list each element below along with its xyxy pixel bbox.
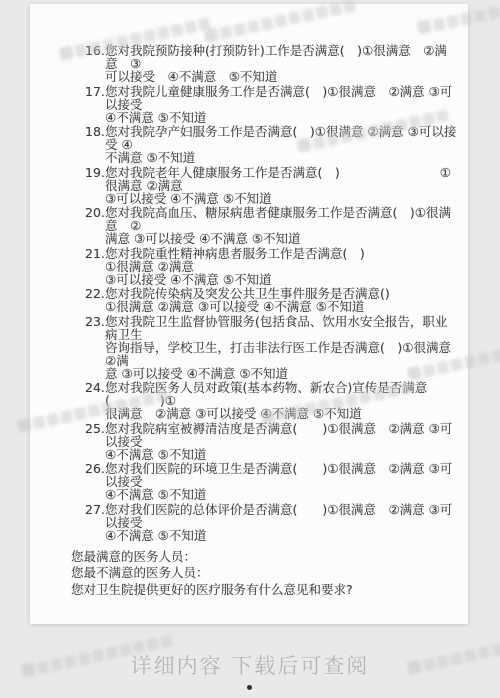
question-line: ④不满意 ⑤不知道 bbox=[105, 488, 458, 501]
question-line: 可以接受 ④不满意 ⑤不知道 bbox=[105, 70, 458, 83]
question-number: 18. bbox=[85, 125, 105, 164]
question-line: ④不满意 ⑤不知道 bbox=[105, 448, 458, 461]
question-number: 20. bbox=[85, 206, 105, 245]
question-line: 您对我院儿童健康服务工作是否满意( )①很满意 ②满意 ③可以接受 bbox=[105, 85, 458, 111]
question-line: 您对我院老年人健康服务工作是否满意( ) ①很满意 ②满意 bbox=[105, 166, 458, 192]
question-line: 咨询指导，学校卫生，打击非法行医工作是否满意( )①很满意 ②满 bbox=[105, 341, 458, 367]
question-number: 19. bbox=[85, 166, 105, 205]
question-line: ④不满意 ⑤不知道 bbox=[105, 529, 458, 542]
question-number: 25. bbox=[85, 422, 105, 461]
question-line: 很满意 ②满意 ③可以接受 ④不满意 ⑤不知道 bbox=[105, 407, 458, 420]
question-item: 19.您对我院老年人健康服务工作是否满意( ) ①很满意 ②满意③可以接受 ④不… bbox=[85, 166, 458, 205]
question-line: 您对我院孕产妇服务工作是否满意( )①很满意 ②满意 ③可以接受 ④ bbox=[105, 125, 458, 151]
question-item: 22.您对我院传染病及突发公共卫生事件服务是否满意()①很满意 ②满意 ③可以接… bbox=[85, 287, 458, 313]
question-line: ①很满意 ②满意 ③可以接受 ④不满意 ⑤不知道 bbox=[105, 300, 458, 313]
question-item: 21.您对我院重性精神病患者服务工作是否满意( ) ①很满意 ②满意③可以接受 … bbox=[85, 247, 458, 286]
question-item: 18.您对我院孕产妇服务工作是否满意( )①很满意 ②满意 ③可以接受 ④不满意… bbox=[85, 125, 458, 164]
question-item: 23.您对我院卫生监督协管服务(包括食品、饮用水安全报告，职业病卫生咨询指导，学… bbox=[85, 315, 458, 380]
question-line: 您对我院卫生监督协管服务(包括食品、饮用水安全报告，职业病卫生 bbox=[105, 315, 458, 341]
question-number: 23. bbox=[85, 315, 105, 380]
question-item: 16.您对我院预防接种(打预防针)工作是否满意( )①很满意 ②满意 ③可以接受… bbox=[85, 44, 458, 83]
question-number: 21. bbox=[85, 247, 105, 286]
document-content: 16.您对我院预防接种(打预防针)工作是否满意( )①很满意 ②满意 ③可以接受… bbox=[30, 44, 468, 598]
download-hint-text: 详细内容 下载后可查阅 bbox=[0, 650, 500, 680]
question-line: 您对我院医务人员对政策(基本药物、新农合)宣传是否满意( )① bbox=[105, 381, 458, 407]
open-question-line: 您最满意的医务人员： bbox=[71, 549, 458, 566]
question-number: 24. bbox=[85, 381, 105, 420]
question-line: ④不满意 ⑤不知道 bbox=[105, 111, 458, 124]
question-item: 26.您对我们医院的环境卫生是否满意( )①很满意 ②满意 ③可以接受④不满意 … bbox=[85, 462, 458, 501]
question-number: 16. bbox=[85, 44, 105, 83]
question-item: 25.您对我院病室被褥清洁度是否满意( )①很满意 ②满意 ③可以接受④不满意 … bbox=[85, 422, 458, 461]
question-line: 您对我们医院的总体评价是否满意( )①很满意 ②满意 ③可以接受 bbox=[105, 503, 458, 529]
open-question-line: 您对卫生院提供更好的医疗服务有什么意见和要求? bbox=[71, 582, 458, 599]
question-number: 17. bbox=[85, 85, 105, 124]
document-preview-screen: 16.您对我院预防接种(打预防针)工作是否满意( )①很满意 ②满意 ③可以接受… bbox=[0, 0, 500, 698]
question-line: 意 ③可以接受 ④不满意 ⑤不知道 bbox=[105, 367, 458, 380]
question-line: 您对我院重性精神病患者服务工作是否满意( ) ①很满意 ②满意 bbox=[105, 247, 458, 273]
question-list: 16.您对我院预防接种(打预防针)工作是否满意( )①很满意 ②满意 ③可以接受… bbox=[85, 44, 458, 542]
question-item: 17.您对我院儿童健康服务工作是否满意( )①很满意 ②满意 ③可以接受④不满意… bbox=[85, 85, 458, 124]
question-item: 24.您对我院医务人员对政策(基本药物、新农合)宣传是否满意( )①很满意 ②满… bbox=[85, 381, 458, 420]
question-number: 27. bbox=[85, 503, 105, 542]
question-line: 满意 ③可以接受 ④不满意 ⑤不知道 bbox=[105, 232, 458, 245]
question-item: 27.您对我们医院的总体评价是否满意( )①很满意 ②满意 ③可以接受④不满意 … bbox=[85, 503, 458, 542]
question-line: 您对我院病室被褥清洁度是否满意( )①很满意 ②满意 ③可以接受 bbox=[105, 422, 458, 448]
open-question-list: 您最满意的医务人员：您最不满意的医务人员：您对卫生院提供更好的医疗服务有什么意见… bbox=[71, 549, 458, 599]
open-question-line: 您最不满意的医务人员： bbox=[71, 565, 458, 582]
question-line: ③可以接受 ④不满意 ⑤不知道 bbox=[105, 273, 458, 286]
document-page[interactable]: 16.您对我院预防接种(打预防针)工作是否满意( )①很满意 ②满意 ③可以接受… bbox=[30, 4, 468, 624]
question-line: 您对我院高血压、糖尿病患者健康服务工作是否满意( )①很满意 ② bbox=[105, 206, 458, 232]
question-line: 您对我们医院的环境卫生是否满意( )①很满意 ②满意 ③可以接受 bbox=[105, 462, 458, 488]
page-indicator-dot bbox=[247, 685, 252, 690]
question-number: 22. bbox=[85, 287, 105, 313]
question-line: ③可以接受 ④不满意 ⑤不知道 bbox=[105, 192, 458, 205]
question-line: 不满意 ⑤不知道 bbox=[105, 151, 458, 164]
question-line: 您对我院预防接种(打预防针)工作是否满意( )①很满意 ②满意 ③ bbox=[105, 44, 458, 70]
question-item: 20.您对我院高血压、糖尿病患者健康服务工作是否满意( )①很满意 ②满意 ③可… bbox=[85, 206, 458, 245]
question-number: 26. bbox=[85, 462, 105, 501]
